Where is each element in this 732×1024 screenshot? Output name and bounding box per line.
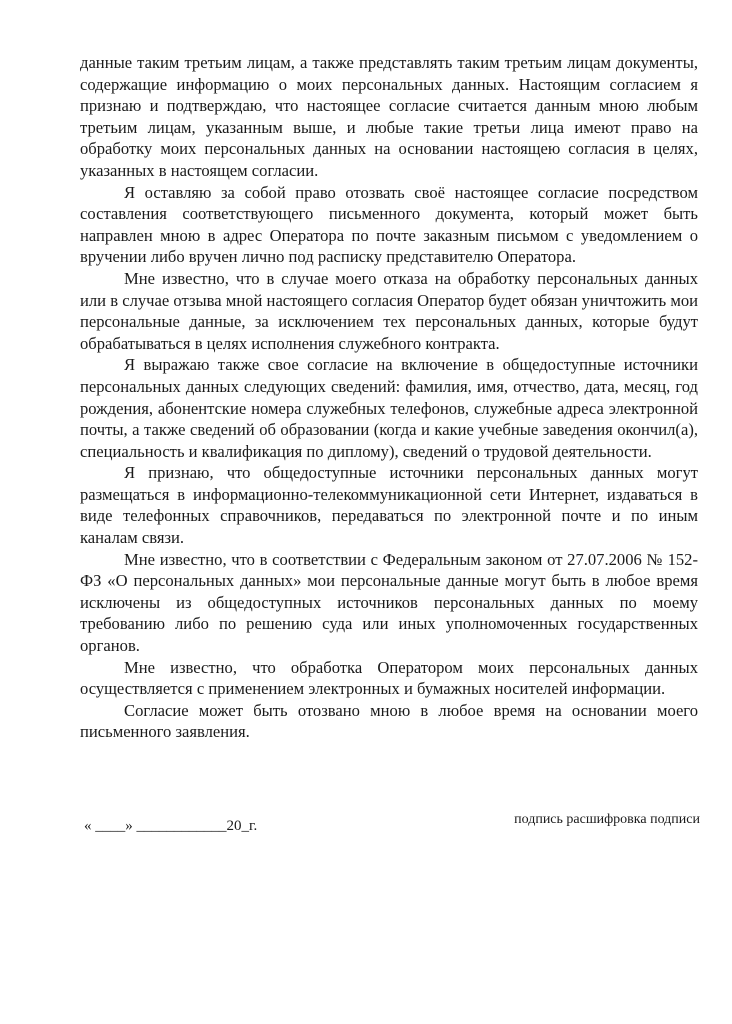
paragraph-withdrawal: Согласие может быть отозвано мною в любо… [80,700,698,743]
paragraph-revocation-right: Я оставляю за собой право отозвать своё … [80,182,698,268]
date-line: « ____» ____________20_г. [84,818,257,835]
paragraph-third-parties: данные таким третьим лицам, а также пред… [80,52,698,182]
paragraph-public-sources-consent: Я выражаю также свое согласие на включен… [80,354,698,462]
paragraph-public-sources-publication: Я признаю, что общедоступные источники п… [80,462,698,548]
document-body: данные таким третьим лицам, а также пред… [80,52,698,743]
signature-row: « ____» ____________20_г. подпись расшиф… [84,812,704,834]
paragraph-refusal-consequences: Мне известно, что в случае моего отказа … [80,268,698,354]
signature-labels: подпись расшифровка подписи [514,812,700,828]
paragraph-processing-media: Мне известно, что обработка Оператором м… [80,657,698,700]
paragraph-federal-law: Мне известно, что в соответствии с Федер… [80,549,698,657]
